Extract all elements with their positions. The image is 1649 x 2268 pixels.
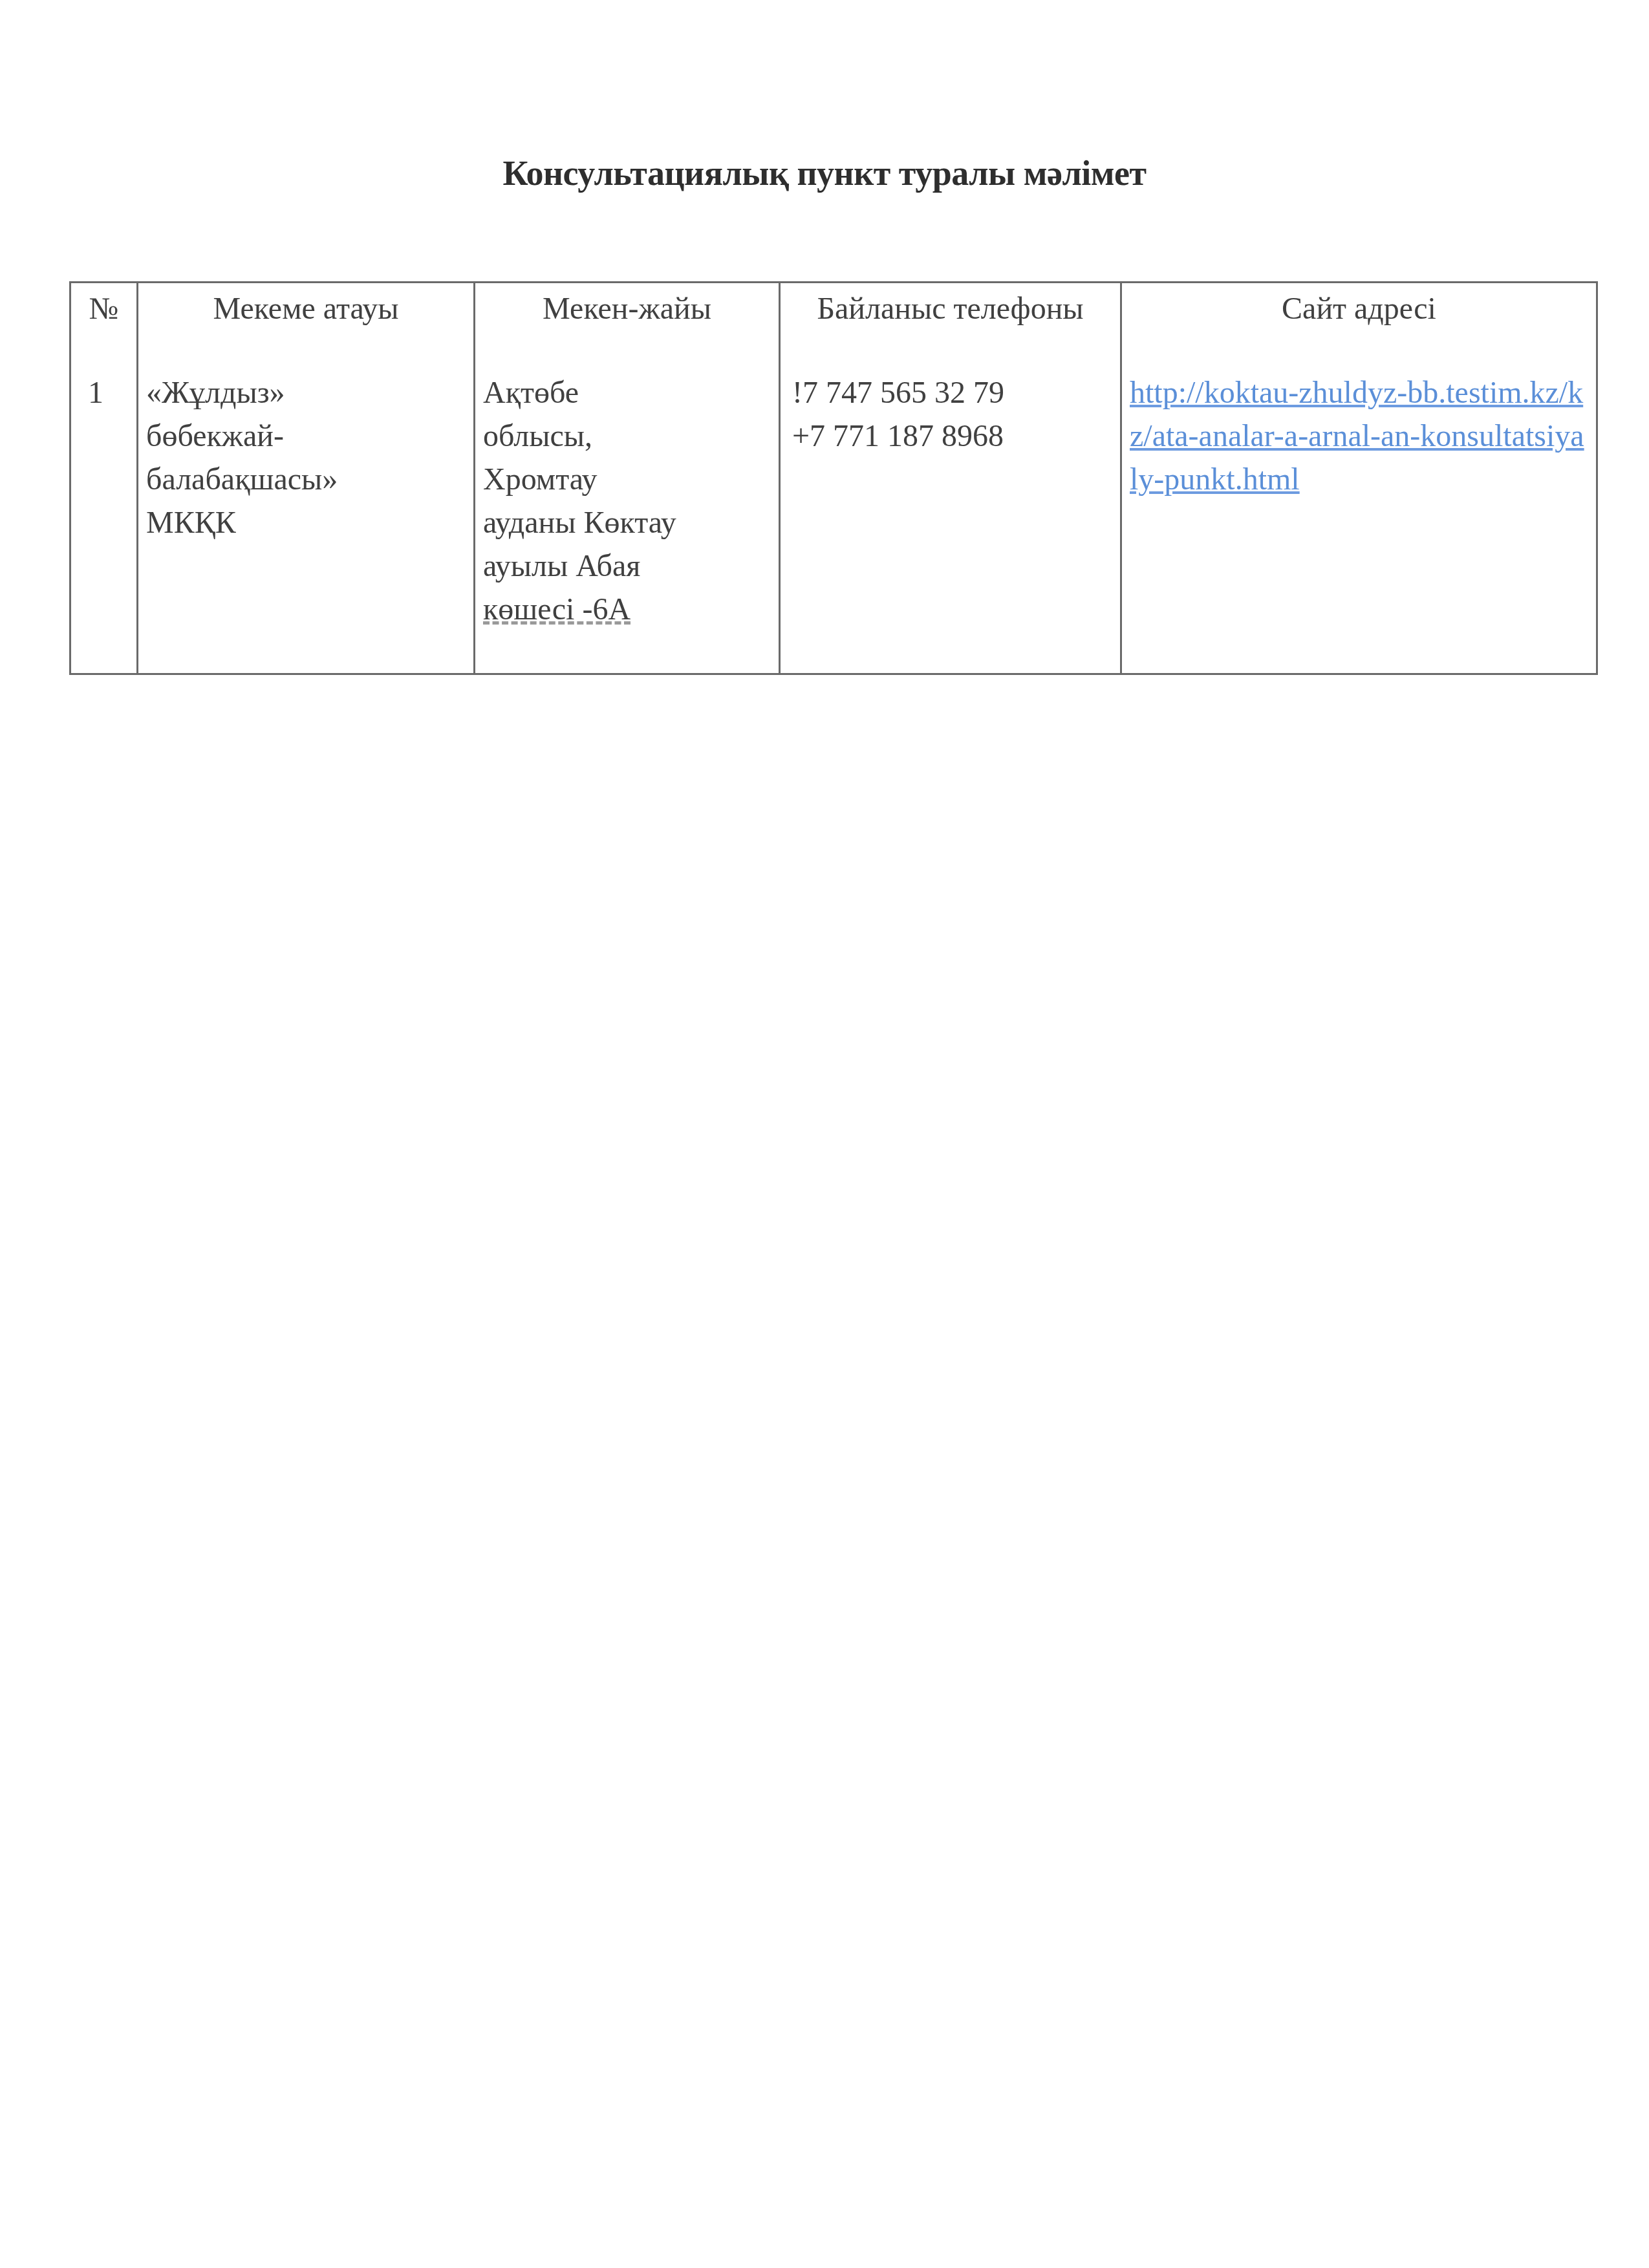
header-website: Сайт адресі xyxy=(1121,283,1597,372)
row-number: 1 xyxy=(70,371,138,674)
header-number: № xyxy=(70,283,138,372)
institution-name-line: «Жұлдыз» xyxy=(146,371,466,414)
phone-number: +7 771 187 8968 xyxy=(788,414,1112,458)
address-line: көшесі -6А xyxy=(483,588,771,631)
header-phone: Байланыс телефоны xyxy=(780,283,1121,372)
website-cell: http://koktau-zhuldyz-bb.testim.kz/kz/at… xyxy=(1121,371,1597,674)
address-line: Хромтау xyxy=(483,458,771,501)
website-link[interactable]: http://koktau-zhuldyz-bb.testim.kz/kz/at… xyxy=(1130,376,1584,497)
address-cell: Ақтөбе облысы, Хромтау ауданы Көктау ауы… xyxy=(475,371,780,674)
address-line: облысы, xyxy=(483,414,771,458)
phone-cell: !7 747 565 32 79 +7 771 187 8968 xyxy=(780,371,1121,674)
header-institution-name: Мекеме атауы xyxy=(138,283,475,372)
address-line: ауылы Абая xyxy=(483,544,771,588)
table-header-row: № Мекеме атауы Мекен-жайы Байланыс телеф… xyxy=(70,283,1597,372)
header-address: Мекен-жайы xyxy=(475,283,780,372)
consultation-point-table: № Мекеме атауы Мекен-жайы Байланыс телеф… xyxy=(69,281,1598,675)
institution-name-line: бөбекжай- xyxy=(146,414,466,458)
phone-number: !7 747 565 32 79 xyxy=(788,371,1112,414)
address-line: ауданы Көктау xyxy=(483,501,771,544)
table-row: 1 «Жұлдыз» бөбекжай- балабақшасы» МКҚК А… xyxy=(70,371,1597,674)
address-line: Ақтөбе xyxy=(483,371,771,414)
page-title: Консультациялық пункт туралы мәлімет xyxy=(0,153,1649,194)
institution-name-cell: «Жұлдыз» бөбекжай- балабақшасы» МКҚК xyxy=(138,371,475,674)
institution-name-line: МКҚК xyxy=(146,501,466,544)
institution-name-line: балабақшасы» xyxy=(146,458,466,501)
